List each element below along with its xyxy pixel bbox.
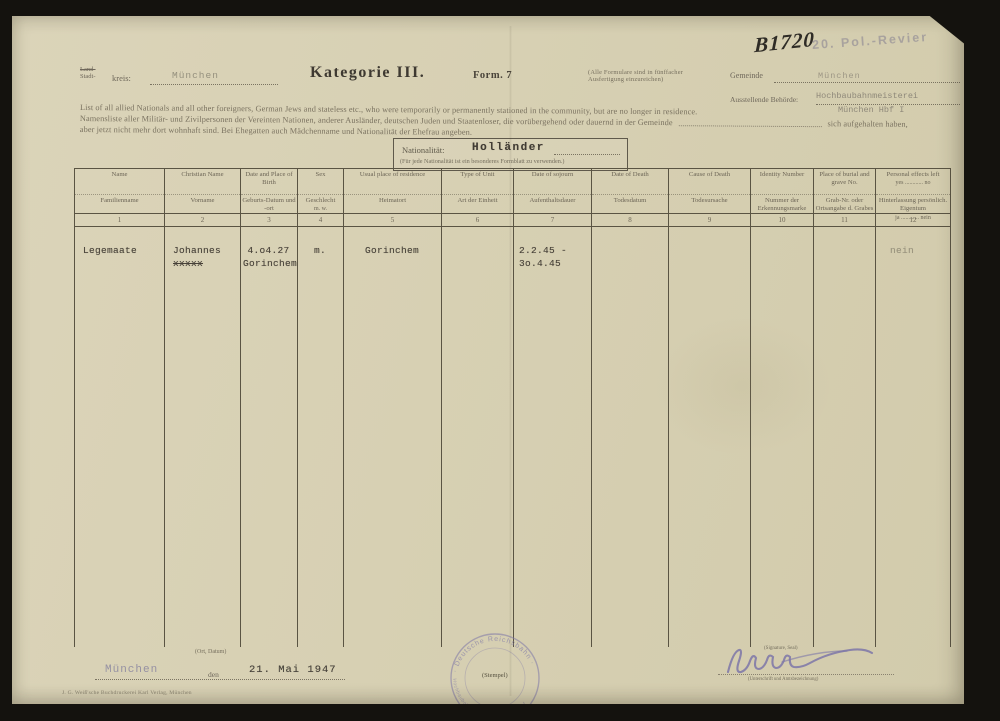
cell-text-line: Gorinchem: [243, 257, 294, 270]
official-round-stamp: · Deutsche Reichsbahn · Hochbaubahnmeist…: [440, 628, 550, 704]
column-header-de: Todesdatum: [592, 195, 668, 214]
kreis-line: [150, 76, 278, 85]
printer-imprint: J. G. Weiß'sche Buchdruckerei Karl Verla…: [62, 690, 192, 696]
table-cell: m.: [298, 227, 343, 647]
column-number: 6: [442, 214, 513, 227]
cell-text-line: Legemaate: [83, 244, 161, 257]
column-header-en: Type of Unit: [442, 169, 513, 195]
column-header-en: Usual place of residence: [344, 169, 441, 195]
signature-line: [718, 666, 894, 675]
paper-fold-line: [509, 26, 512, 696]
cell-text-line: 2.2.45 -: [519, 244, 588, 257]
column-header-de: Geburts-Datum und -ort: [241, 195, 297, 214]
kreis-land-label: Land-: [80, 66, 96, 73]
svg-text:Hochbaubahnmeisterei München H: Hochbaubahnmeisterei München Hbf: [451, 678, 528, 704]
column-header-de: Familienname: [75, 195, 164, 214]
copies-note-line1: (Alle Formulare sind in fünffacher: [588, 69, 703, 76]
column-number: 2: [165, 214, 240, 227]
police-precinct-stamp: 20. Pol.-Revier: [812, 30, 929, 52]
copies-note: (Alle Formulare sind in fünffacher Ausfe…: [588, 69, 703, 83]
kreis-label: kreis:: [112, 73, 131, 83]
kreis-block: Land- Stadt-: [80, 66, 96, 80]
intro-german-1b: sich aufgehalten haben,: [827, 118, 907, 130]
column-number: 9: [669, 214, 750, 227]
stamp-ring-bottom-text: Hochbaubahnmeisterei München Hbf: [451, 678, 528, 704]
form-number: Form. 7: [473, 70, 512, 81]
table-column-7: Date of sojournAufenthaltsdauer72.2.45 -…: [513, 169, 591, 647]
ort-datum-label: (Ort, Datum): [195, 649, 226, 655]
gemeinde-blank-line: [679, 125, 822, 127]
column-header-en: Place of burial and grave No.: [814, 169, 875, 195]
column-header-en: Sex: [298, 169, 343, 195]
handwritten-number: B1720: [754, 27, 816, 59]
column-number: 7: [514, 214, 591, 227]
gemeinde-value: München: [818, 71, 861, 81]
cell-text-line: Gorinchem: [346, 244, 438, 257]
column-number: 11: [814, 214, 875, 227]
paper-stain: [652, 316, 832, 456]
column-header-en: Date of sojourn: [514, 169, 591, 195]
column-header-de: Grab-Nr. oder Ortsangabe d. Grabes: [814, 195, 875, 214]
table-column-5: Usual place of residenceHeimatort5Gorinc…: [343, 169, 441, 647]
table-cell: 2.2.45 -3o.4.45: [514, 227, 591, 647]
nationality-line: [554, 146, 620, 155]
cell-text-line: nein: [890, 244, 947, 257]
behoerde-line: [816, 96, 960, 105]
column-header-de-sub: m. w.: [299, 206, 342, 214]
column-number: 3: [241, 214, 297, 227]
scanned-document-page: { "document": { "kategorie": "Kategorie …: [0, 0, 1000, 721]
table-cell: Johannesxxxxx: [165, 227, 240, 647]
copies-note-line2: Ausfertigung einzureichen): [588, 76, 703, 83]
column-header-en: Identity Number: [751, 169, 813, 195]
column-number: 12: [876, 214, 950, 227]
table-cell: nein: [876, 227, 950, 647]
intro-paragraph: List of all allied Nationals and all oth…: [80, 102, 910, 141]
column-number: 1: [75, 214, 164, 227]
cell-text-line: 3o.4.45: [519, 257, 588, 270]
cell-text-line: 4.o4.27: [243, 244, 294, 257]
column-header-en-sub: yes ............ no: [877, 180, 949, 188]
column-header-en: Christian Name: [165, 169, 240, 195]
column-header-de: Aufenthaltsdauer: [514, 195, 591, 214]
cell-text-line: Johannes: [173, 244, 237, 257]
table-column-4: SexGeschlechtm. w.4m.: [297, 169, 343, 647]
table-column-2: Christian NameVorname2Johannesxxxxx: [164, 169, 240, 647]
column-number: 5: [344, 214, 441, 227]
round-stamp-graphic: · Deutsche Reichsbahn · Hochbaubahnmeist…: [440, 628, 550, 704]
table-column-3: Date and Place of BirthGeburts-Datum und…: [240, 169, 297, 647]
column-header-de: Todesursache: [669, 195, 750, 214]
column-header-de: Nummer der Erkennungsmarke: [751, 195, 813, 214]
table-column-6: Type of UnitArt der Einheit6: [441, 169, 513, 647]
column-header-en: Name: [75, 169, 164, 195]
table-cell: Gorinchem: [344, 227, 441, 647]
table-column-12: Personal effects leftyes ............ no…: [875, 169, 951, 647]
column-number: 10: [751, 214, 813, 227]
column-header-de: Geschlechtm. w.: [298, 195, 343, 214]
column-header-de: Vorname: [165, 195, 240, 214]
ort-datum-line: [95, 669, 345, 680]
cell-text-line: m.: [300, 244, 340, 257]
gemeinde-label: Gemeinde: [730, 71, 763, 80]
column-header-en: Personal effects leftyes ............ no: [876, 169, 950, 195]
table-cell: 4.o4.27Gorinchem: [241, 227, 297, 647]
nationality-note: (Für jede Nationalität ist ein besondere…: [400, 158, 564, 165]
column-header-en: Date of Death: [592, 169, 668, 195]
table-column-1: NameFamilienname1Legemaate: [74, 169, 164, 647]
behoerde-label: Ausstellende Behörde:: [730, 95, 798, 104]
signature-label-bottom: (Unterschrift und Amtsbezeichnung): [748, 677, 818, 682]
column-header-de: Heimatort: [344, 195, 441, 214]
table-cell: [442, 227, 513, 647]
column-header-en: Date and Place of Birth: [241, 169, 297, 195]
column-header-de: Art der Einheit: [442, 195, 513, 214]
nationality-label: Nationalität:: [402, 145, 445, 155]
kreis-stadt-label: Stadt-: [80, 73, 96, 80]
paper-sheet: Land- Stadt- kreis: München Kategorie II…: [12, 16, 964, 704]
table-cell: [592, 227, 668, 647]
cell-text-line: xxxxx: [173, 257, 237, 270]
page-title: Kategorie III.: [310, 64, 425, 82]
column-header-en: Cause of Death: [669, 169, 750, 195]
column-header-de: Hinterlassung persönlich. Eigentumja ...…: [876, 195, 950, 214]
table-cell: Legemaate: [75, 227, 164, 647]
stempel-label: (Stempel): [482, 672, 508, 679]
table-cell: [814, 227, 875, 647]
column-number: 8: [592, 214, 668, 227]
column-number: 4: [298, 214, 343, 227]
gemeinde-line: [774, 74, 960, 83]
